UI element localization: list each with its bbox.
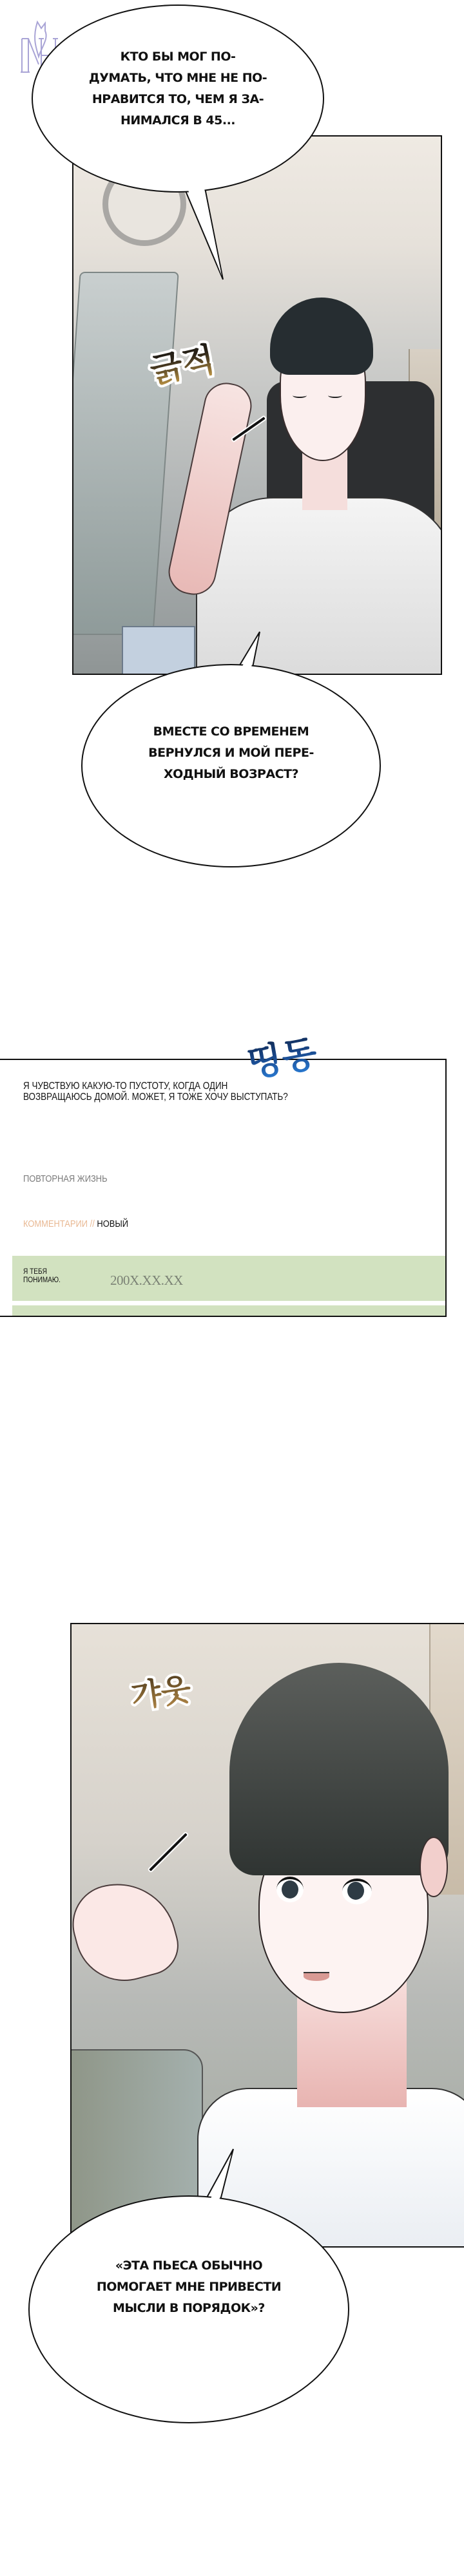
series-title[interactable]: ПОВТОРНАЯ ЖИЗНЬ bbox=[23, 1173, 108, 1184]
pupil-left bbox=[282, 1880, 298, 1899]
message-line-1: Я ЧУВСТВУЮ КАКУЮ-ТО ПУСТОТУ, КОГДА ОДИН bbox=[23, 1081, 288, 1092]
pupil-right bbox=[347, 1882, 364, 1900]
speech-bubble-3: «ЭТА ПЬЕСА ОБЫЧНО ПОМОГАЕТ МНЕ ПРИВЕСТИ … bbox=[28, 2195, 349, 2423]
monitor bbox=[72, 272, 179, 635]
tab-comments[interactable]: КОММЕНТАРИИ bbox=[23, 1218, 88, 1229]
notification-message: Я ЧУВСТВУЮ КАКУЮ-ТО ПУСТОТУ, КОГДА ОДИН … bbox=[23, 1081, 288, 1103]
character-hair bbox=[270, 298, 373, 375]
character-hair bbox=[229, 1663, 449, 1875]
speech-bubble-text: ВМЕСТЕ СО ВРЕМЕНЕМ ВЕРНУЛСЯ И МОЙ ПЕРЕ- … bbox=[148, 721, 314, 785]
speech-bubble-2: ВМЕСТЕ СО ВРЕМЕНЕМ ВЕРНУЛСЯ И МОЙ ПЕРЕ- … bbox=[81, 664, 381, 867]
comment-date: 200X.XX.XX bbox=[110, 1273, 183, 1289]
sfx-tilt: 갸웃 bbox=[128, 1664, 193, 1716]
comment-row[interactable] bbox=[12, 1256, 445, 1301]
closed-eye-right bbox=[328, 393, 342, 398]
speech-bubble-tail-cover bbox=[0, 0, 464, 296]
motion-line bbox=[147, 1831, 189, 1873]
tab-separator: // bbox=[90, 1218, 95, 1229]
comment-row-next[interactable] bbox=[12, 1305, 445, 1316]
speech-bubble-text: «ЭТА ПЬЕСА ОБЫЧНО ПОМОГАЕТ МНЕ ПРИВЕСТИ … bbox=[97, 2255, 281, 2319]
comment-text: Я ТЕБЯ ПОНИМАЮ. bbox=[23, 1268, 61, 1285]
character-ear bbox=[420, 1837, 448, 1897]
tab-new[interactable]: НОВЫЙ bbox=[97, 1218, 128, 1229]
speech-bubble-tail-cover bbox=[0, 2138, 464, 2209]
open-mouth bbox=[304, 1972, 329, 1981]
message-line-2: ВОЗВРАЩАЮСЬ ДОМОЙ. МОЖЕТ, Я ТОЖЕ ХОЧУ ВЫ… bbox=[23, 1092, 288, 1103]
comment-tabs: КОММЕНТАРИИ // НОВЫЙ bbox=[23, 1218, 128, 1229]
character-hand bbox=[70, 1871, 185, 1993]
closed-eye-left bbox=[293, 393, 307, 398]
speech-bubble-tail-cover bbox=[0, 618, 464, 683]
